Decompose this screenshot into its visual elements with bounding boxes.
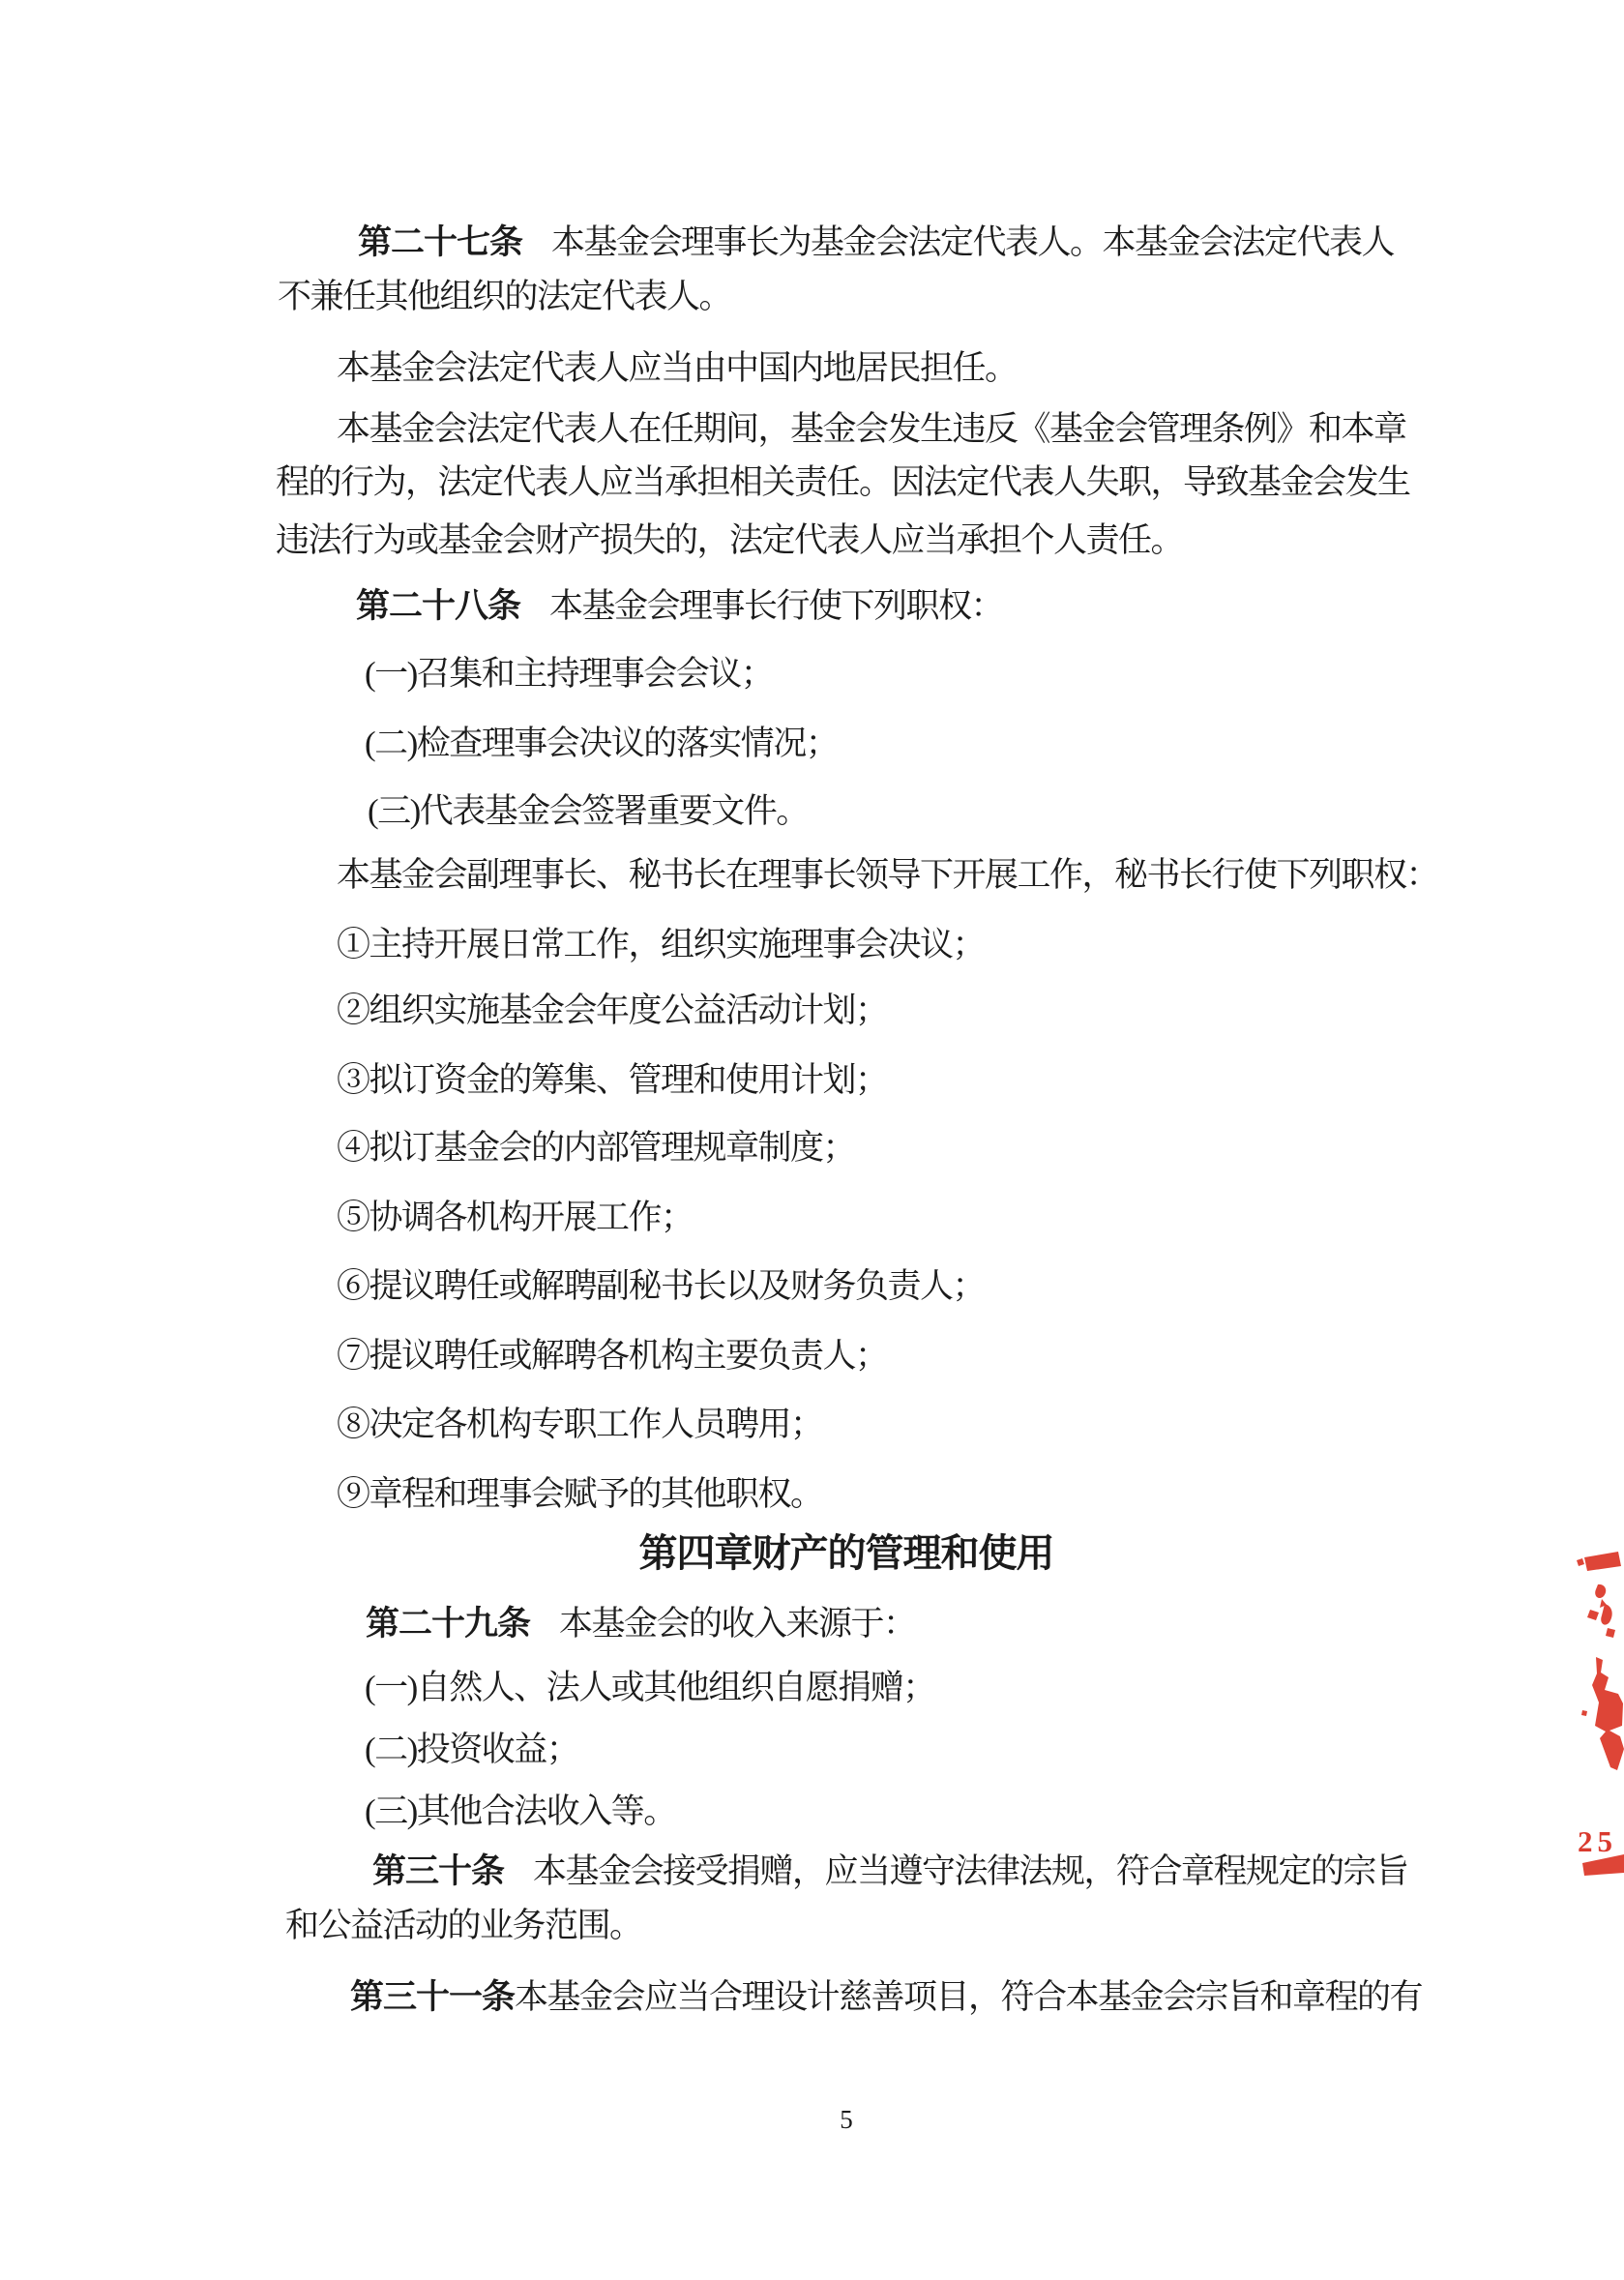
document-line: 违法行为或基金会财产损失的，法定代表人应当承担个人责任。 xyxy=(276,520,1183,561)
chapter-heading: 第四章财产的管理和使用 xyxy=(276,1523,1417,1578)
stamp-digits: 25 xyxy=(1578,1824,1617,1858)
document-line: 本基金会法定代表人在任期间，基金会发生违反《基金会管理条例》和本章 xyxy=(337,409,1406,450)
line-text: ②组织实施基金会年度公益活动计划； xyxy=(337,992,888,1029)
line-text: 不兼任其他组织的法定代表人。 xyxy=(278,278,731,315)
document-line: 和公益活动的业务范围。 xyxy=(285,1906,642,1946)
list-item: (二)投资收益； xyxy=(365,1730,578,1770)
document-line: 第三十条本基金会接受捐赠，应当遵守法律法规，符合章程规定的宗旨 xyxy=(372,1851,1408,1892)
line-text: ⑦提议聘任或解聘各机构主要负责人； xyxy=(337,1337,888,1375)
line-text: 本基金会副理事长、秘书长在理事长领导下开展工作，秘书长行使下列职权： xyxy=(337,856,1438,894)
list-item: (二)检查理事会决议的落实情况； xyxy=(365,724,838,764)
line-text: 本基金会法定代表人在任期间，基金会发生违反《基金会管理条例》和本章 xyxy=(337,410,1406,448)
document-line: 第二十九条本基金会的收入来源于： xyxy=(366,1604,916,1644)
line-text: (二)检查理事会决议的落实情况； xyxy=(365,725,838,762)
article-number: 第三十条 xyxy=(372,1852,504,1890)
line-text: 本基金会接受捐赠，应当遵守法律法规，符合章程规定的宗旨 xyxy=(533,1852,1408,1890)
line-text: 和公益活动的业务范围。 xyxy=(285,1907,642,1944)
document-page: 第二十七条本基金会理事长为基金会法定代表人。本基金会法定代表人 不兼任其他组织的… xyxy=(0,0,1624,2280)
line-text: 本基金会理事长行使下列职权： xyxy=(549,587,1003,625)
article-number: 第二十八条 xyxy=(356,587,520,625)
line-text: ③拟订资金的筹集、管理和使用计划； xyxy=(337,1061,888,1099)
article-number: 第二十七条 xyxy=(358,223,522,261)
article-number: 第三十一条 xyxy=(350,1978,515,2016)
line-text: 本基金会理事长为基金会法定代表人。本基金会法定代表人 xyxy=(551,223,1394,261)
red-stamp-fragment: 25 xyxy=(1575,1546,1624,1884)
page-number: 5 xyxy=(276,2105,1417,2135)
list-item: (一)召集和主持理事会会议； xyxy=(365,654,773,695)
list-item: ⑥提议聘任或解聘副秘书长以及财务负责人； xyxy=(337,1266,985,1307)
document-line: 不兼任其他组织的法定代表人。 xyxy=(278,277,731,317)
line-text: ⑨章程和理事会赋予的其他职权。 xyxy=(337,1475,823,1513)
list-item: ⑦提议聘任或解聘各机构主要负责人； xyxy=(337,1336,888,1377)
list-item: ④拟订基金会的内部管理规章制度； xyxy=(337,1128,855,1169)
line-text: ⑤协调各机构开展工作； xyxy=(337,1199,694,1236)
line-text: 程的行为，法定代表人应当承担相关责任。因法定代表人失职，导致基金会发生 xyxy=(276,463,1410,501)
document-line: 程的行为，法定代表人应当承担相关责任。因法定代表人失职，导致基金会发生 xyxy=(276,462,1410,503)
list-item: ⑧决定各机构专职工作人员聘用； xyxy=(337,1405,823,1445)
document-line: 本基金会副理事长、秘书长在理事长领导下开展工作，秘书长行使下列职权： xyxy=(337,855,1438,896)
list-item: ③拟订资金的筹集、管理和使用计划； xyxy=(337,1060,888,1101)
article-number: 第二十九条 xyxy=(366,1605,530,1643)
line-text: (一)自然人、法人或其他组织自愿捐赠； xyxy=(365,1669,935,1706)
line-text: 本基金会的收入来源于： xyxy=(559,1605,916,1643)
line-text: (三)其他合法收入等。 xyxy=(365,1792,676,1830)
list-item: ⑨章程和理事会赋予的其他职权。 xyxy=(337,1474,823,1515)
line-text: (三)代表基金会签署重要文件。 xyxy=(368,792,809,830)
line-text: ⑧决定各机构专职工作人员聘用； xyxy=(337,1406,823,1443)
line-text: 违法行为或基金会财产损失的，法定代表人应当承担个人责任。 xyxy=(276,521,1183,559)
line-text: 本基金会应当合理设计慈善项目，符合本基金会宗旨和章程的有 xyxy=(515,1978,1422,2016)
list-item: ⑤协调各机构开展工作； xyxy=(337,1198,694,1238)
document-line: 第二十七条本基金会理事长为基金会法定代表人。本基金会法定代表人 xyxy=(358,222,1394,263)
line-text: ④拟订基金会的内部管理规章制度； xyxy=(337,1129,855,1167)
line-text: (一)召集和主持理事会会议； xyxy=(365,655,773,693)
list-item: (一)自然人、法人或其他组织自愿捐赠； xyxy=(365,1668,935,1708)
line-text: ①主持开展日常工作，组织实施理事会决议； xyxy=(337,926,985,963)
list-item: (三)代表基金会签署重要文件。 xyxy=(368,791,809,832)
list-item: ①主持开展日常工作，组织实施理事会决议； xyxy=(337,925,985,965)
line-text: ⑥提议聘任或解聘副秘书长以及财务负责人； xyxy=(337,1267,985,1305)
list-item: (三)其他合法收入等。 xyxy=(365,1791,676,1832)
document-line: 第三十一条本基金会应当合理设计慈善项目，符合本基金会宗旨和章程的有 xyxy=(350,1977,1422,2018)
line-text: 本基金会法定代表人应当由中国内地居民担任。 xyxy=(337,349,1018,387)
list-item: ②组织实施基金会年度公益活动计划； xyxy=(337,991,888,1031)
line-text: (二)投资收益； xyxy=(365,1731,578,1768)
document-line: 第二十八条本基金会理事长行使下列职权： xyxy=(356,586,1003,627)
document-line: 本基金会法定代表人应当由中国内地居民担任。 xyxy=(337,348,1018,389)
